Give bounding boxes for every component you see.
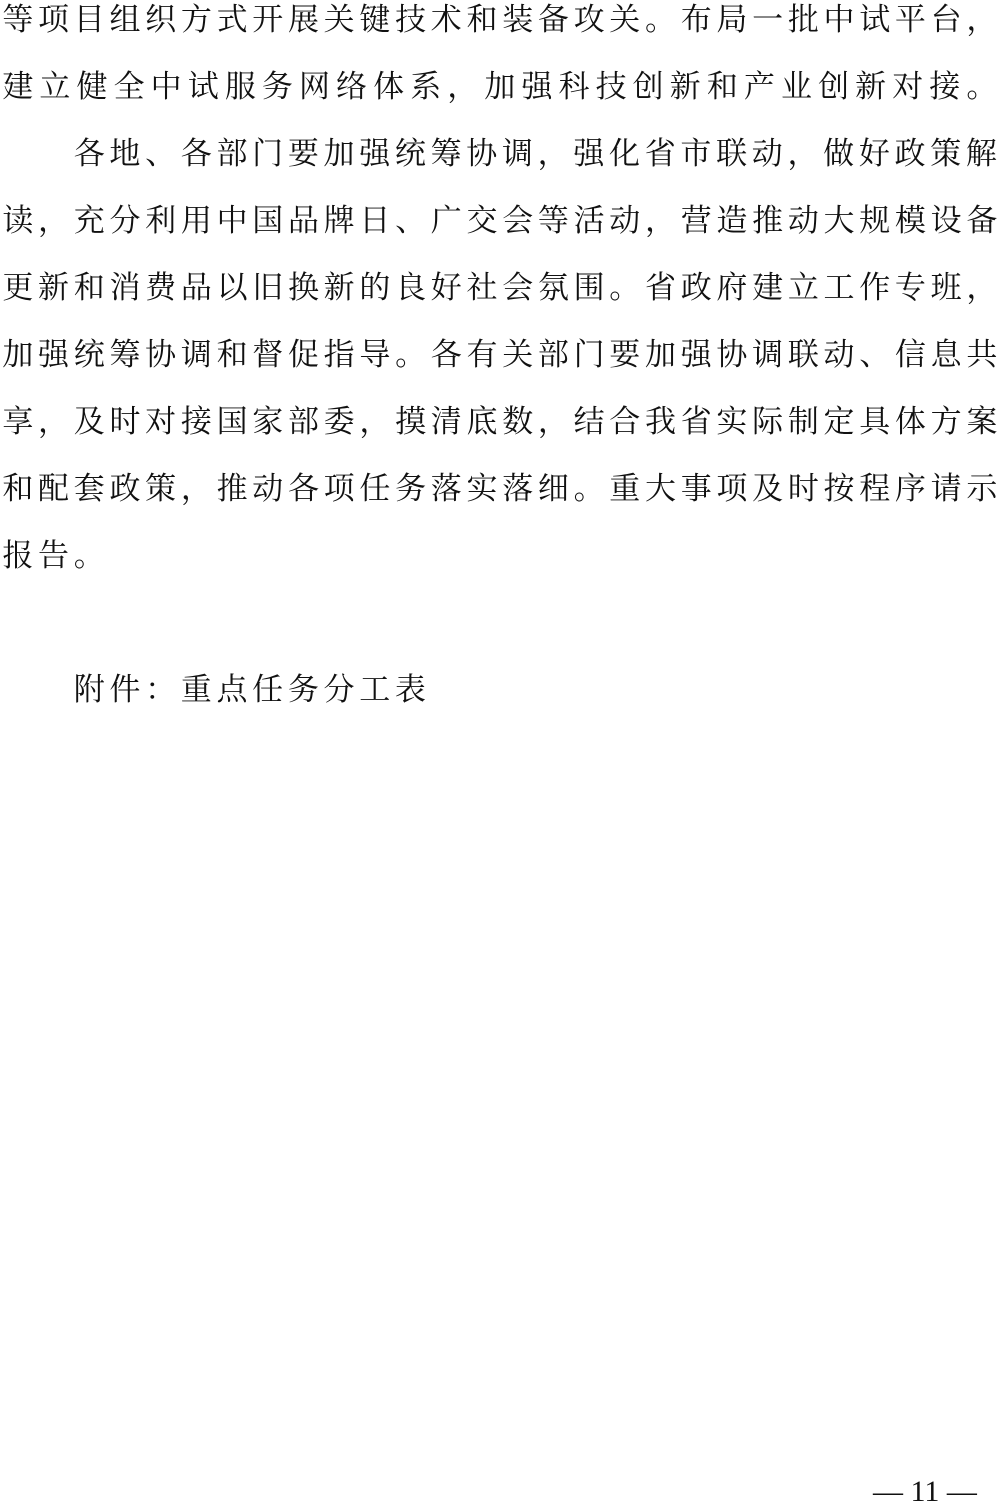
paragraph-line: 读，充分利用中国品牌日、广交会等活动，营造推动大规模设备 (0, 201, 1000, 241)
paragraph-line: 加强统筹协调和督促指导。各有关部门要加强协调联动、信息共 (0, 335, 1000, 375)
attachment-line: 附件：重点任务分工表 (0, 670, 1000, 710)
paragraph-line: 享，及时对接国家部委，摸清底数，结合我省实际制定具体方案 (0, 402, 1000, 442)
paragraph-line: 更新和消费品以旧换新的良好社会氛围。省政府建立工作专班， (0, 268, 1000, 308)
paragraph-line: 等项目组织方式开展关键技术和装备攻关。布局一批中试平台， (0, 0, 1000, 40)
paragraph-line: 和配套政策，推动各项任务落实落细。重大事项及时按程序请示 (0, 469, 1000, 509)
paragraph-line: 各地、各部门要加强统筹协调，强化省市联动，做好政策解 (0, 134, 1000, 174)
document-page: 等项目组织方式开展关键技术和装备攻关。布局一批中试平台，建立健全中试服务网络体系… (0, 0, 1000, 1503)
paragraph-line: 建立健全中试服务网络体系，加强科技创新和产业创新对接。 (0, 67, 1000, 107)
page-number: — 11 — (860, 1474, 990, 1503)
paragraph-line: 报告。 (0, 536, 1000, 576)
